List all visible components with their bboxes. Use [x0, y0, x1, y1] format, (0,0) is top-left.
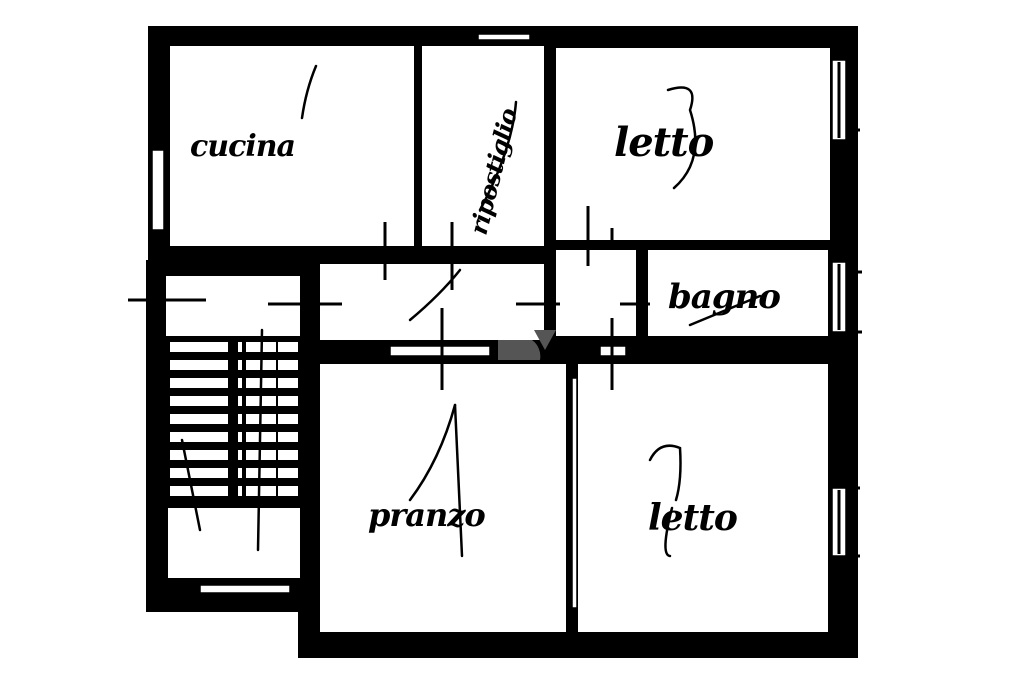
label-pranzo: pranzo [368, 496, 485, 534]
room-landing [166, 276, 300, 336]
floor-plan: cucina ripostiglio letto bagno pranzo le… [0, 0, 1024, 683]
label-letto-2: letto [648, 497, 737, 539]
room-stair-bottom [168, 508, 300, 578]
label-cucina: cucina [190, 129, 295, 164]
label-bagno: bagno [668, 277, 780, 317]
label-letto-1: letto [614, 119, 714, 166]
room-hall-small [556, 250, 636, 336]
